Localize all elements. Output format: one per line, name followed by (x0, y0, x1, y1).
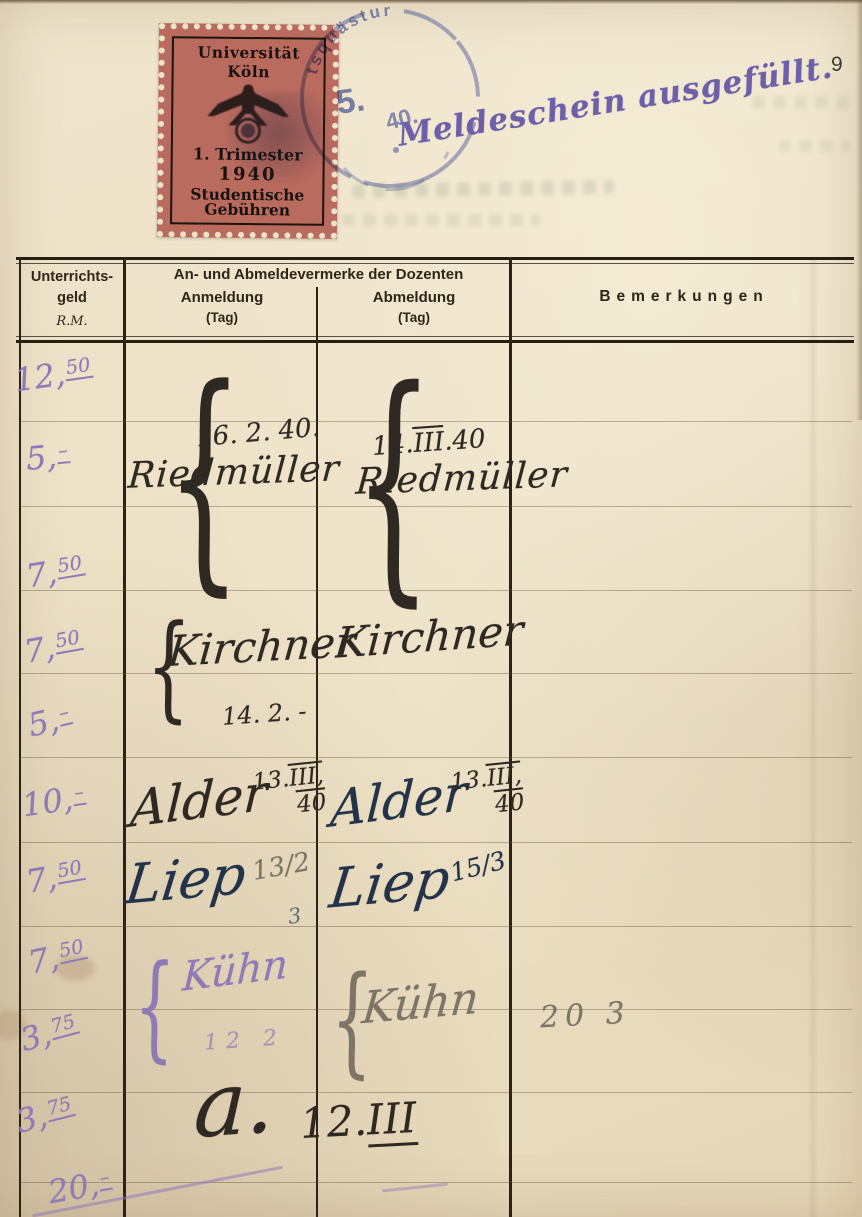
bottom-date: 12.III (299, 1093, 418, 1148)
header-unterrichtsgeld: Unterrichts- geld R.M. (20, 267, 124, 332)
abmeldung-date: 14.III.40 (371, 424, 486, 462)
svg-text:tsquästur: tsquästur (302, 4, 394, 77)
anmeldung-date: 14. 2. - (221, 697, 307, 731)
fee-value: 7,50 (23, 853, 88, 901)
row-line (20, 1092, 852, 1093)
fee-value: 7,50 (23, 549, 87, 596)
col-divider-bemerkungen (509, 257, 512, 1217)
table-top-rule-thin (16, 263, 854, 264)
abmeldung-signature: Kühn (360, 973, 481, 1035)
header-unterrichtsgeld-line2: geld (20, 288, 124, 309)
studienbuch-page: 9 Universität Köln 1. Trimester 1940 Stu… (0, 0, 862, 1217)
fee-value: 7,50 (21, 623, 86, 671)
row-line (20, 590, 852, 591)
row-line (20, 757, 852, 758)
header-abmeldung: Abmeldung (319, 289, 509, 306)
row-line (20, 421, 852, 422)
fee-value: 3,75 (12, 1089, 78, 1140)
header-unterrichtsgeld-line1: Unterrichts- (20, 267, 124, 288)
strike-mark (382, 1183, 448, 1193)
header-abmeldung-tag: (Tag) (319, 310, 509, 325)
anmeldung-signature: Riedmüller (127, 448, 342, 497)
bleedthrough-text (752, 96, 852, 109)
anmeldung-signature: Liep (122, 842, 249, 916)
table-top-rule (16, 257, 854, 260)
anmeldung-date-correction: 3 (286, 903, 303, 929)
paper-crease (808, 260, 818, 1217)
fee-value: 10,– (20, 778, 89, 825)
row-line (20, 673, 852, 674)
header-anmeldung: Anmeldung (127, 289, 317, 306)
anmeldung-signature: Kühn (181, 941, 289, 1001)
header-bemerkungen: Bemerkungen (512, 288, 856, 306)
header-bottom-rule-thin (16, 336, 854, 337)
fee-stamp-gebuehren: Gebühren (204, 200, 290, 220)
fee-value: 5,– (24, 436, 71, 478)
round-date-stamp: tsquästur 5. 40. (296, 4, 496, 200)
abmeldung-signature: Riedmüller (355, 454, 570, 503)
anmeldung-signature: Alder (129, 763, 269, 839)
round-stamp-number: 5. (334, 80, 367, 122)
table-left-rule (19, 257, 21, 1217)
fee-value: 12,50 (12, 351, 96, 400)
anmeldung-signature: Kirchner (166, 617, 358, 676)
bottom-signature: a. (192, 1049, 276, 1158)
bleedthrough-text (778, 140, 850, 152)
row-line (20, 926, 852, 927)
abmeldung-signature: Liep (326, 846, 453, 920)
header-anmeldung-tag: (Tag) (127, 310, 317, 325)
header-group: An- und Abmeldevermerke der Dozenten (127, 266, 510, 283)
col-divider-fee (123, 257, 126, 1217)
abmeldung-date: 15/3 (447, 846, 508, 888)
handwritten-brace: { (133, 941, 176, 1073)
header-rm: R.M. (20, 311, 124, 332)
abmeldung-date: 13.III, 40 (449, 762, 525, 823)
fee-value: 5,– (24, 698, 76, 745)
row-line (20, 842, 852, 843)
row-line (20, 506, 852, 507)
anmeldung-date: 13/2 (250, 847, 313, 887)
fee-value: 3,75 (16, 1007, 83, 1059)
round-stamp-arc-text: tsquästur (302, 4, 394, 77)
anmeldung-date: 13.III, 40 (251, 762, 327, 823)
page-right-edge (856, 0, 862, 420)
abmeldung-note: 20 3 (539, 996, 632, 1036)
abmeldung-signature: Alder (329, 763, 469, 839)
header-bottom-rule (16, 340, 854, 343)
